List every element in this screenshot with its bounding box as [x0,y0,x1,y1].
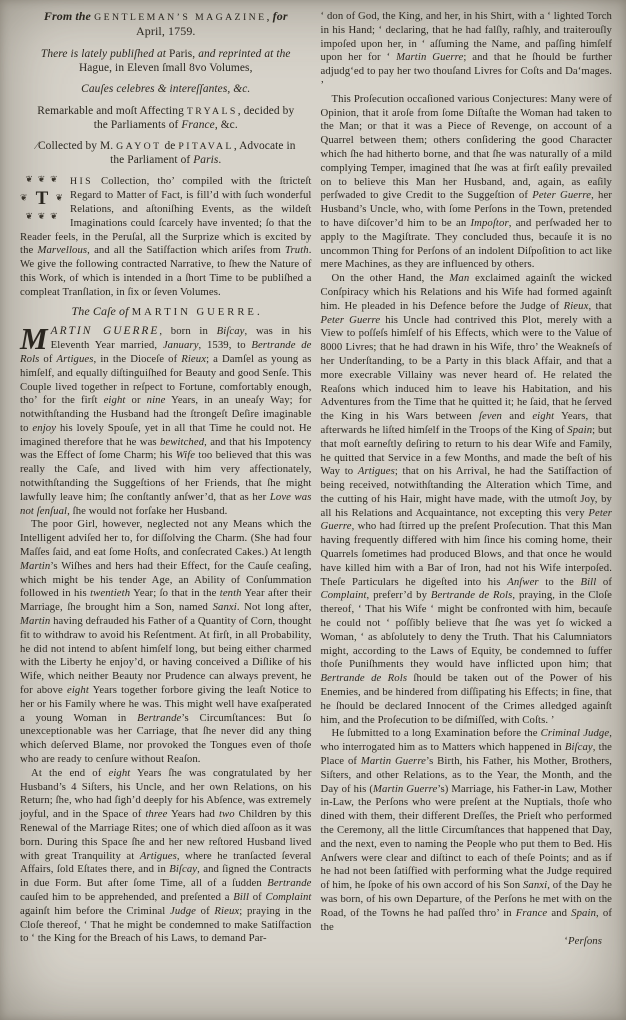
ornamental-drop-cap-T: ❦ ❦ ❦ ❦ ❦ ❦ ❦ ❦ T [20,176,64,222]
magazine-page: From the GENTLEMAN’S MAGAZINE, forApril,… [0,0,626,1020]
intro-paragraph: ❦ ❦ ❦ ❦ ❦ ❦ ❦ ❦ T HIS Collection, tho’ c… [20,175,312,299]
fleuron-ornament-right: ❦ [55,195,64,204]
header-tryals-note: Remarkable and moſt Affecting TRYALS, de… [20,105,312,132]
fleuron-ornament-top: ❦ ❦ ❦ [25,176,58,185]
body-paragraph: This Proſecution occaſioned various Conj… [321,93,613,272]
right-column: ‘ don of God, the King, and her, in his … [321,10,613,1010]
case-heading: The Caſe of MARTIN GUERRE. [20,305,312,320]
fleuron-ornament-bottom: ❦ ❦ ❦ [25,213,58,222]
header-publication-note: There is lately publiſhed at Paris, and … [20,48,312,75]
fleuron-ornament-left: ❦ [20,195,29,204]
header-collected-by: ∕Collected by M. GAYOT de PITAVAL, Advoc… [20,140,312,167]
header-source-line: From the GENTLEMAN’S MAGAZINE, forApril,… [20,10,312,38]
body-paragraph: At the end of eight Years ſhe was congra… [20,767,312,946]
body-paragraph-continuation: ‘ don of God, the King, and her, in his … [321,10,613,93]
body-paragraph-martin: MARTIN GUERRE, born in Biſcay, was in hi… [20,325,312,518]
left-column: From the GENTLEMAN’S MAGAZINE, forApril,… [20,10,312,1010]
header-french-title: Cauſes celebres & intereſſantes, &c. [20,83,312,97]
paragraph-text: ARTIN GUERRE, born in Biſcay, was in his… [20,325,312,516]
catchword: ‘Perſons [321,935,613,949]
two-column-layout: From the GENTLEMAN’S MAGAZINE, forApril,… [0,0,626,1010]
body-paragraph: He ſubmitted to a long Examination befor… [321,727,613,934]
body-paragraph: On the other Hand, the Man exclaimed aga… [321,272,613,727]
drop-cap-M: M [20,326,48,352]
body-paragraph: The poor Girl, however, neglected not an… [20,518,312,766]
drop-cap-letter: T [36,192,49,206]
